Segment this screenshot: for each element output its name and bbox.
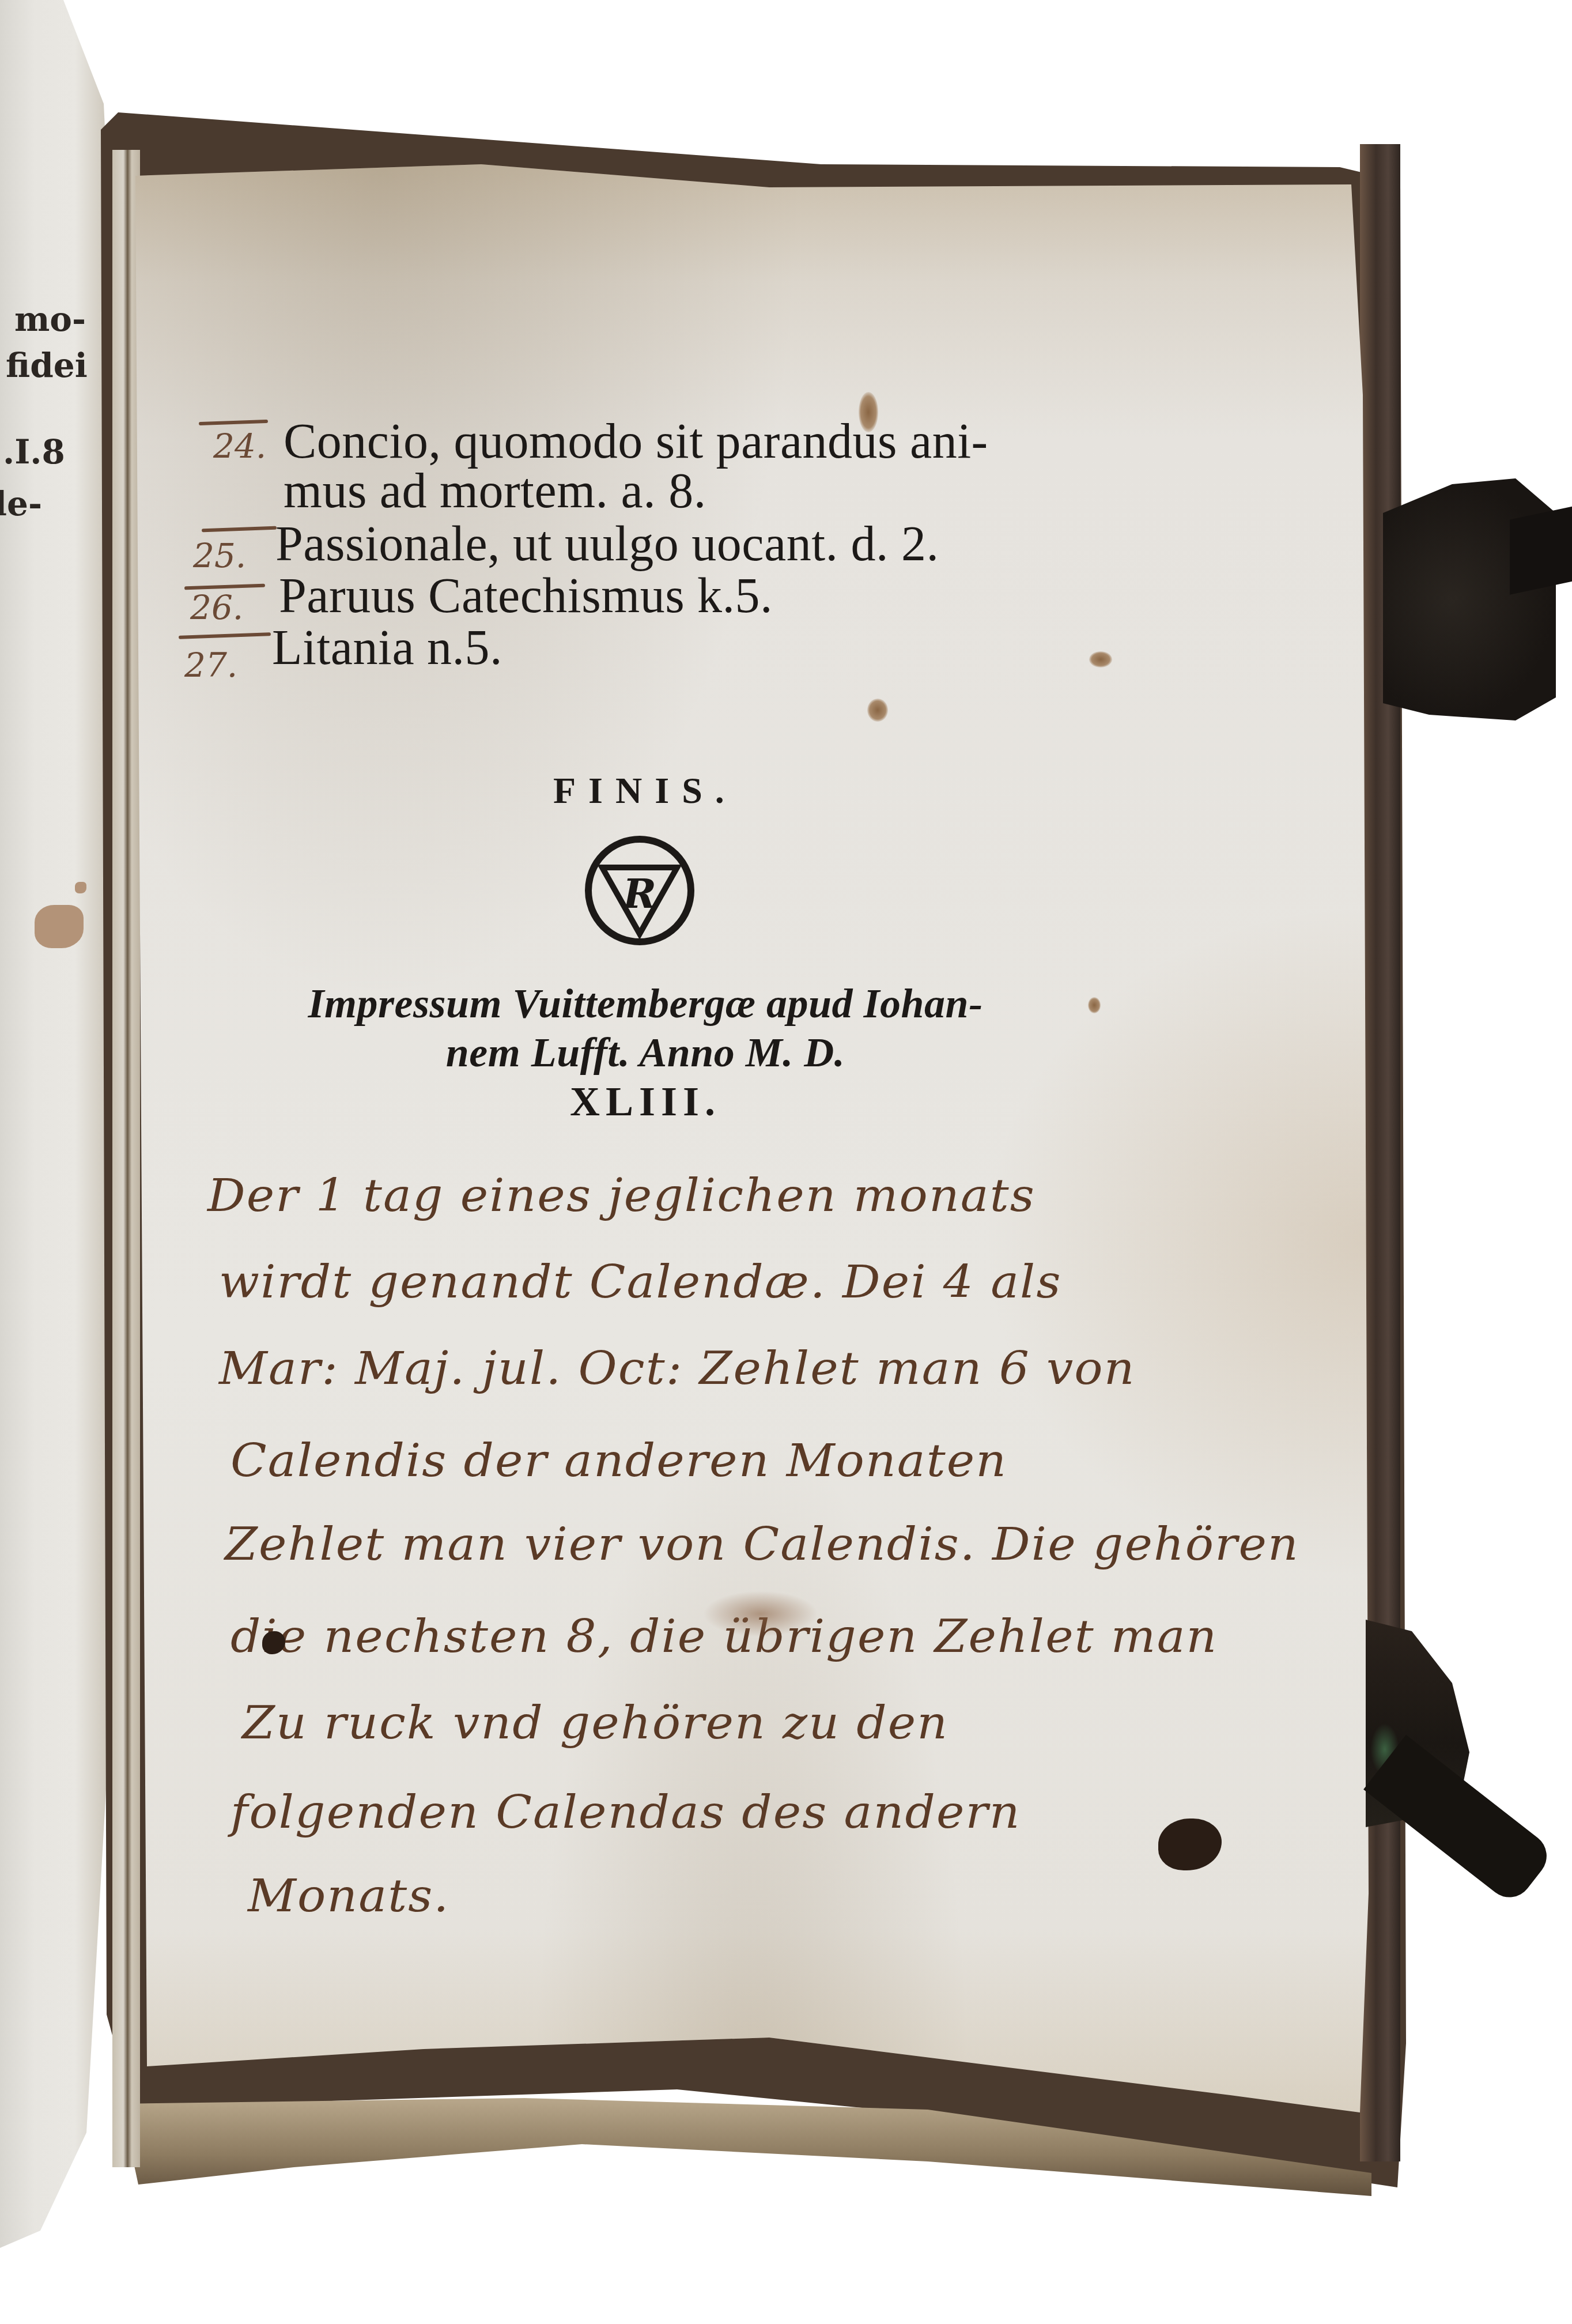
manuscript-line: Calendis der anderen Monaten bbox=[230, 1435, 1007, 1487]
manuscript-line: Zehlet man vier von Calendis. Die gehöre… bbox=[225, 1519, 1299, 1571]
upper-clasp bbox=[1383, 478, 1556, 720]
margin-number: 26. bbox=[190, 588, 243, 627]
manuscript-line: Der 1 tag eines jeglichen monats bbox=[207, 1170, 1036, 1222]
contents-entry: Concio, quomodo sit parandus ani- bbox=[284, 416, 988, 466]
ink-smudge bbox=[703, 1591, 818, 1637]
upper-clasp-strap bbox=[1510, 506, 1572, 594]
contents-entry: Passionale, ut uulgo uocant. d. 2. bbox=[275, 519, 939, 568]
left-page-fragment: le- bbox=[0, 484, 42, 523]
manuscript-line: Zu ruck vnd gehören zu den bbox=[242, 1697, 949, 1749]
contents-entry-continuation: mus ad mortem. a. 8. bbox=[284, 466, 706, 515]
contents-entry: Litania n.5. bbox=[272, 622, 502, 672]
margin-number: 25. bbox=[193, 536, 246, 575]
contents-entry: Paruus Catechismus k.5. bbox=[279, 571, 773, 620]
printer-mark-icon: R bbox=[585, 836, 694, 945]
margin-number: 24. bbox=[213, 427, 266, 466]
imprint-year: XLIII. bbox=[242, 1078, 1049, 1126]
imprint-line: Impressum Vuittembergæ apud Iohan- bbox=[242, 980, 1049, 1028]
left-page-fragment: mo- bbox=[14, 300, 86, 339]
finis-heading: FINIS. bbox=[553, 769, 737, 812]
left-page-fragment: .I.8 bbox=[3, 432, 65, 471]
manuscript-line: folgenden Calendas des andern bbox=[230, 1787, 1021, 1839]
book-gutter bbox=[112, 150, 140, 2167]
imprint-line: nem Lufft. Anno M. D. bbox=[242, 1029, 1049, 1077]
manuscript-line: Monats. bbox=[248, 1870, 449, 1922]
wormhole bbox=[867, 699, 888, 722]
wormhole bbox=[1089, 651, 1112, 667]
left-page-fragment: fidei bbox=[6, 346, 88, 385]
paper-stain bbox=[75, 882, 86, 893]
margin-number: 27. bbox=[184, 646, 237, 685]
wormhole bbox=[1088, 997, 1101, 1013]
svg-text:R: R bbox=[622, 870, 656, 918]
paper-stain bbox=[35, 905, 84, 948]
manuscript-line: wirdt genandt Calendæ. Dei 4 als bbox=[219, 1257, 1062, 1308]
manuscript-line: Mar: Maj. jul. Oct: Zehlet man 6 von bbox=[219, 1343, 1136, 1395]
